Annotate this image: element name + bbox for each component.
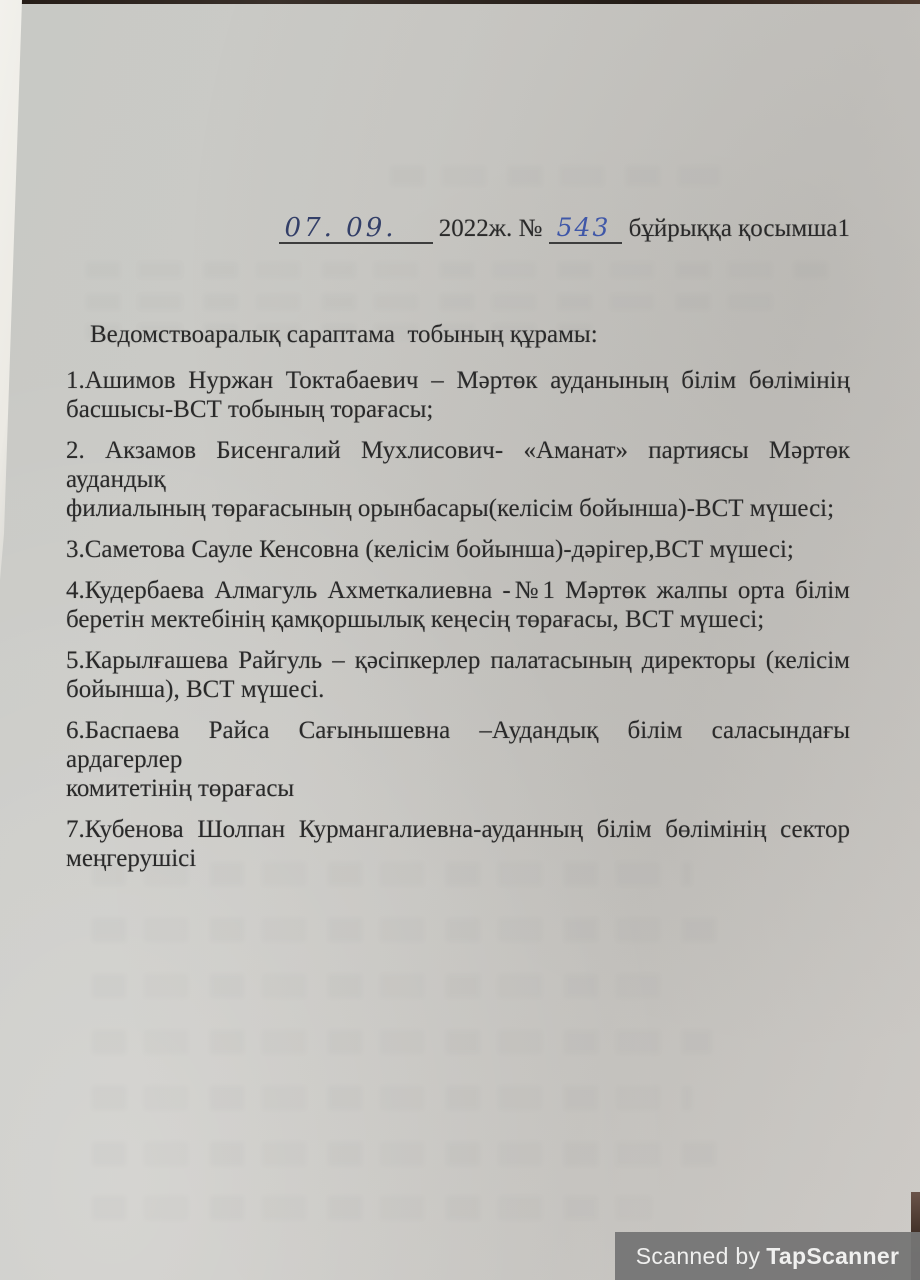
typed-year-number-label: 2022ж. № <box>439 215 543 242</box>
list-item: 2. Акзамов Бисенгалий Мухлисович- «Амана… <box>66 436 850 523</box>
member-line: басшысы-ВСТ тобының торағасы; <box>66 395 850 424</box>
member-line: 6.Баспаева Райса Сағынышевна –Аудандық б… <box>66 716 850 774</box>
bleed-through-text <box>92 918 732 942</box>
tapscanner-watermark: Scanned by TapScanner <box>615 1232 920 1280</box>
watermark-brand: TapScanner <box>766 1243 899 1270</box>
member-line: 7.Кубенова Шолпан Курмангалиевна-ауданны… <box>66 815 850 844</box>
bleed-through-text <box>92 1142 722 1166</box>
members-list: 1.Ашимов Нуржан Токтабаевич – Мәртөк ауд… <box>66 366 850 873</box>
bleed-through-text <box>92 1086 692 1110</box>
bleed-through-text <box>92 1196 652 1220</box>
photo-top-edge-shadow <box>0 0 920 4</box>
member-line: 3.Саметова Сауле Кенсовна (келісім бойын… <box>66 535 850 564</box>
typed-appendix-label: бұйрыққа қосымша1 <box>629 215 850 242</box>
bleed-through-text <box>390 166 720 186</box>
member-line: 1.Ашимов Нуржан Токтабаевич – Мәртөк ауд… <box>66 366 850 395</box>
document-title: Ведомствоаралық сараптама тобының құрамы… <box>66 320 850 349</box>
list-item: 5.Карылғашева Райгуль – қәсіпкерлер пала… <box>66 646 850 704</box>
member-line: меңгерушісі <box>66 844 850 873</box>
member-line: филиалының төрағасының орынбасары(келісі… <box>66 494 850 523</box>
document-body: 07. 09. 2022ж. № 543 бұйрыққа қосымша1 В… <box>66 214 850 885</box>
handwritten-order-number: 543 <box>549 215 623 244</box>
member-line: бойынша), ВСТ мүшесі. <box>66 675 850 704</box>
list-item: 6.Баспаева Райса Сағынышевна –Аудандық б… <box>66 716 850 803</box>
bleed-through-text <box>92 1030 712 1054</box>
bleed-through-text <box>92 974 672 998</box>
member-line: 4.Кудербаева Алмагуль Ахметкалиевна -№1 … <box>66 576 850 605</box>
list-item: 4.Кудербаева Алмагуль Ахметкалиевна -№1 … <box>66 576 850 634</box>
watermark-prefix: Scanned by <box>636 1243 760 1270</box>
member-line: беретін мектебінің қамқоршылық кеңесің т… <box>66 605 850 634</box>
handwritten-date: 07. 09. <box>279 215 433 244</box>
appendix-header-line: 07. 09. 2022ж. № 543 бұйрыққа қосымша1 <box>66 214 850 244</box>
list-item: 3.Саметова Сауле Кенсовна (келісім бойын… <box>66 535 850 564</box>
member-line: 5.Карылғашева Райгуль – қәсіпкерлер пала… <box>66 646 850 675</box>
member-line: комитетінің төрағасы <box>66 774 850 803</box>
member-line: 2. Акзамов Бисенгалий Мухлисович- «Амана… <box>66 436 850 494</box>
list-item: 7.Кубенова Шолпан Курмангалиевна-ауданны… <box>66 815 850 873</box>
list-item: 1.Ашимов Нуржан Токтабаевич – Мәртөк ауд… <box>66 366 850 424</box>
